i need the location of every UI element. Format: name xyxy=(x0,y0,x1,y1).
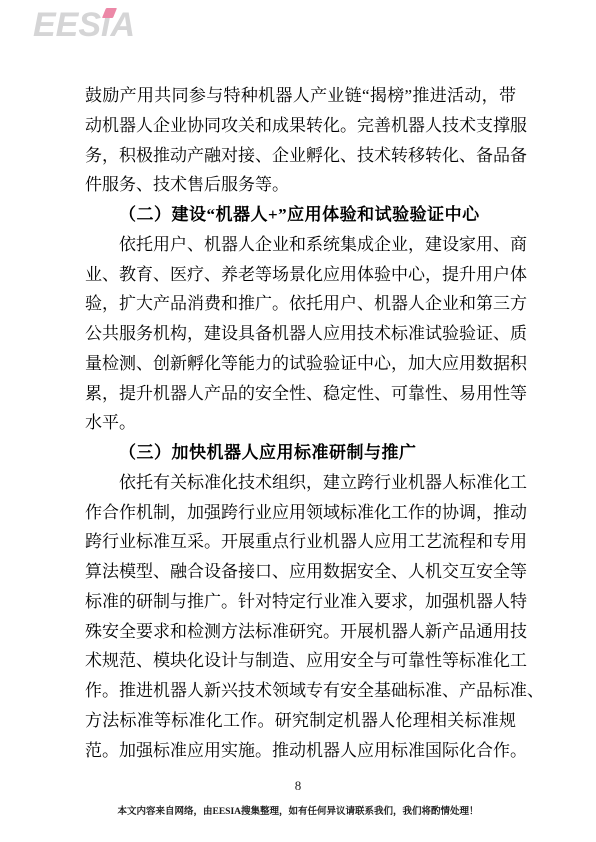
section-heading: （二）建设“机器人+”应用体验和试验验证中心 xyxy=(85,200,516,230)
text-line: 作合作机制，加强跨行业应用领域标准化工作的协调，推动 xyxy=(85,498,516,528)
footer-disclaimer: 本文内容来自网络，由EESIA搜集整理，如有任何异议请联系我们，我们将酌情处理！ xyxy=(0,803,596,817)
logo-text-pre: EES xyxy=(33,6,101,44)
text-line: 依托有关标准化技术组织，建立跨行业机器人标准化工 xyxy=(85,468,516,498)
eesia-logo: EESıA xyxy=(33,4,135,46)
text-line: 方法标准等标准化工作。研究制定机器人伦理相关标准规 xyxy=(85,706,516,736)
text-line: 业、教育、医疗、养老等场景化应用体验中心，提升用户体 xyxy=(85,260,516,290)
text-line: 量检测、创新孵化等能力的试验验证中心，加大应用数据积 xyxy=(85,349,516,379)
text-line: 作。推进机器人新兴技术领域专有安全基础标准、产品标准、 xyxy=(85,676,516,706)
text-line: 件服务、技术售后服务等。 xyxy=(85,170,516,200)
text-line: 公共服务机构，建设具备机器人应用技术标准试验验证、质 xyxy=(85,319,516,349)
document-body: 鼓励产用共同参与特种机器人产业链“揭榜”推进活动，带动机器人企业协同攻关和成果转… xyxy=(85,81,516,765)
text-line: 殊安全要求和检测方法标准研究。开展机器人新产品通用技 xyxy=(85,617,516,647)
text-line: 务，积极推动产融对接、企业孵化、技术转移转化、备品备 xyxy=(85,141,516,171)
text-line: 跨行业标准互采。开展重点行业机器人应用工艺流程和专用 xyxy=(85,527,516,557)
text-line: 术规范、模块化设计与制造、应用安全与可靠性等标准化工 xyxy=(85,646,516,676)
text-line: 动机器人企业协同攻关和成果转化。完善机器人技术支撑服 xyxy=(85,111,516,141)
text-line: 标准的研制与推广。针对特定行业准入要求，加强机器人特 xyxy=(85,587,516,617)
text-line: 鼓励产用共同参与特种机器人产业链“揭榜”推进活动，带 xyxy=(85,81,516,111)
text-line: 累，提升机器人产品的安全性、稳定性、可靠性、易用性等 xyxy=(85,379,516,409)
text-line: 依托用户、机器人企业和系统集成企业，建设家用、商 xyxy=(85,230,516,260)
page-number: 8 xyxy=(0,778,596,794)
text-line: 验，扩大产品消费和推广。依托用户、机器人企业和第三方 xyxy=(85,289,516,319)
text-line: 水平。 xyxy=(85,408,516,438)
text-line: 范。加强标准应用实施。推动机器人应用标准国际化合作。 xyxy=(85,736,516,766)
document-page: { "logo": { "name": "EESiA", "display": … xyxy=(0,0,596,842)
section-heading: （三）加快机器人应用标准研制与推广 xyxy=(85,438,516,468)
text-line: 算法模型、融合设备接口、应用数据安全、人机交互安全等 xyxy=(85,557,516,587)
